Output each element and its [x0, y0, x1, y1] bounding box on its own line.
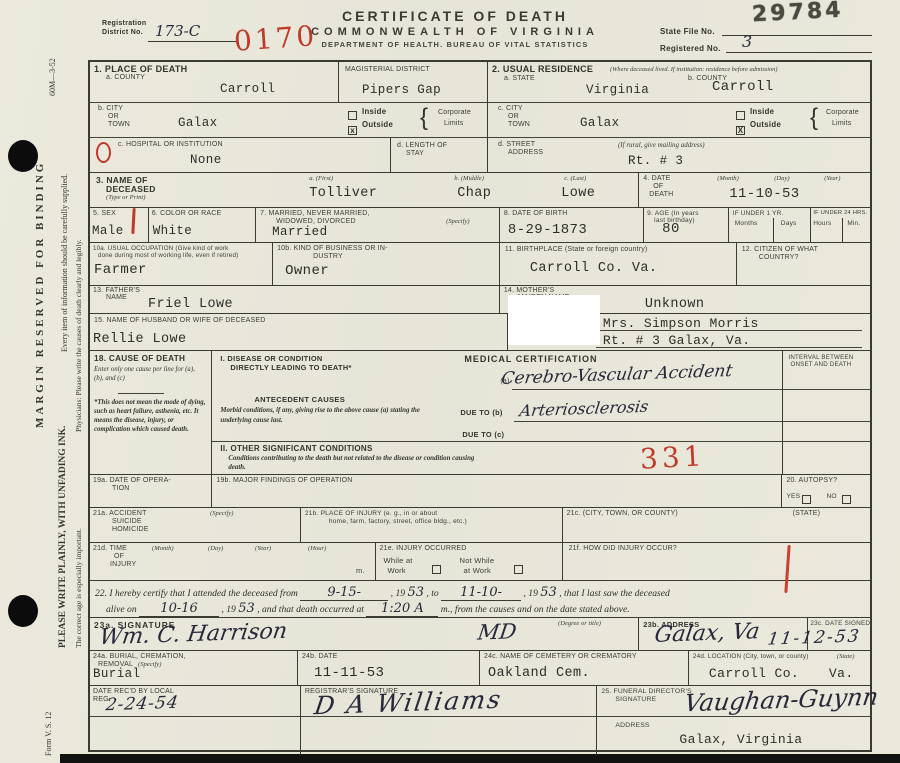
field-age: 9. AGE (In years last birthday) 80: [644, 208, 729, 242]
signature-baseline: [90, 716, 870, 717]
first-name-label: a. (First): [309, 175, 333, 182]
row-physician-signature: 23a. SIGNATURE (Degree or title) Wm. C. …: [90, 617, 870, 650]
street-address-value: Rt. # 3: [628, 154, 683, 168]
divider: [488, 102, 870, 103]
brace-glyph: {: [810, 104, 818, 132]
divider: [90, 137, 487, 138]
hospital-label: c. HOSPITAL OR INSTITUTION: [118, 141, 223, 149]
form-grid: 1. PLACE OF DEATH a. COUNTY Carroll MAGI…: [88, 60, 872, 752]
middle-name-value: Chap: [457, 186, 491, 201]
state-file-label: State File No.: [660, 27, 715, 36]
autopsy-no-checkbox: [842, 495, 851, 504]
print-code: 60M—3-52: [48, 58, 57, 96]
spouse-name-value: Rellie Lowe: [93, 332, 187, 347]
mother-name-value: Unknown: [645, 297, 705, 312]
cause-of-death-body: MEDICAL CERTIFICATION I. DISEASE OR COND…: [212, 351, 782, 474]
registrar-signature-value: D A Williams: [312, 685, 504, 720]
father-name-value: Friel Lowe: [148, 297, 233, 312]
field-occupation: 10a. USUAL OCCUPATION (Give kind of work…: [90, 243, 273, 285]
date-signed-value: 11-12-53: [766, 626, 862, 649]
row-time-of-injury: 21d. TIME OF INJURY (Month) (Day) (Year)…: [90, 542, 870, 580]
field-date-of-birth: 8. DATE OF BIRTH 8-29-1873: [500, 208, 644, 242]
form-number: Form V. S. 12: [44, 712, 53, 756]
not-while-at-work-checkbox: [514, 565, 523, 574]
magisterial-district-label: MAGISTERIAL DISTRICT: [345, 66, 430, 74]
field-how-injury-occurred: 21f. HOW DID INJURY OCCUR?: [563, 543, 870, 580]
field-place-of-injury: 21b. PLACE OF INJURY (e. g., in or about…: [301, 508, 563, 542]
inside-label: Inside: [750, 107, 774, 116]
cause-a-value: Cerebro-Vascular Accident: [500, 361, 734, 389]
medical-certification-title: MEDICAL CERTIFICATION: [464, 354, 597, 364]
outside-checkmark: x: [350, 126, 354, 135]
residence-state-value: Virginia: [586, 83, 649, 97]
cause-a-line: [512, 389, 782, 390]
divider: [488, 137, 870, 138]
while-at-work-checkbox: [432, 565, 441, 574]
cause-note-2: *This does not mean the mode of dying, s…: [94, 399, 208, 435]
punch-hole-top: [8, 140, 38, 172]
margin-supplied-text: Every item of information should be care…: [60, 174, 69, 352]
cause-b-value: Arteriosclerosis: [519, 397, 650, 420]
scan-edge: [60, 754, 900, 763]
morbid-note: Morbid conditions, if any, giving rise t…: [220, 406, 452, 425]
burial-type-value: Burial: [93, 667, 140, 681]
attended-to-year: 53: [540, 585, 557, 600]
field-burial-date: 24b. DATE 11-11-53: [298, 651, 480, 685]
place-county-label: a. COUNTY: [106, 74, 145, 82]
registration-label-1: Registration: [102, 20, 146, 27]
last-name-value: Lowe: [561, 186, 595, 201]
last-name-label: c. (Last): [564, 175, 586, 182]
row-spouse-informant: 15. NAME OF HUSBAND OR WIFE OF DECEASED …: [90, 313, 870, 350]
margin-legibly-text: Physicians: Please write the causes of d…: [74, 239, 83, 432]
red-zero-mark: [96, 142, 111, 163]
row-burial: 24a. BURIAL, CREMATION, REMOVAL (Specify…: [90, 650, 870, 685]
residence-county-value: Carroll: [712, 79, 774, 95]
corporate-limits-label: Corporate: [826, 109, 859, 117]
magisterial-district-value: Pipers Gap: [362, 83, 441, 97]
outside-checkbox: X: [736, 126, 745, 135]
funeral-director-address: Galax, Virginia: [679, 732, 802, 747]
field-funeral-director: 25. FUNERAL DIRECTOR'S SIGNATURE Vaughan…: [597, 686, 870, 754]
field-business-industry: 10b. KIND OF BUSINESS OR IN- DUSTRY Owne…: [273, 243, 500, 285]
field-under-24-hrs: IF UNDER 24 HRS. Hours Min.: [811, 208, 870, 242]
race-value: White: [153, 224, 193, 238]
field-cemetery: 24c. NAME OF CEMETERY OR CREMATORY Oakla…: [480, 651, 689, 685]
burial-date-value: 11-11-53: [314, 665, 384, 681]
field-burial-type: 24a. BURIAL, CREMATION, REMOVAL (Specify…: [90, 651, 298, 685]
usual-residence-title: 2. USUAL RESIDENCE: [492, 64, 593, 74]
field-injury-city-state: 21c. (CITY, TOWN, OR COUNTY) (STATE): [563, 508, 870, 542]
other-conditions-note: Conditions contributing to the death but…: [228, 454, 478, 473]
field-burial-location: 24d. LOCATION (City, town, or county) (S…: [689, 651, 870, 685]
last-seen-year: 53: [238, 601, 255, 616]
row-accident: 21a. ACCIDENT SUICIDE HOMICIDE (Specify)…: [90, 507, 870, 542]
field-under-1-yr: IF UNDER 1 YR. Months Days: [729, 208, 812, 242]
residence-city-value: Galax: [580, 116, 620, 130]
date-received-value: 2-24-54: [104, 693, 180, 716]
row-operation-autopsy: 19a. DATE OF OPERA- TION 19b. MAJOR FIND…: [90, 474, 870, 507]
date-of-birth-value: 8-29-1873: [508, 222, 587, 238]
brace-glyph: {: [420, 104, 428, 132]
registration-district-value: 173-C: [155, 22, 200, 40]
usual-residence-note: (Where deceased lived. If institution: r…: [610, 66, 778, 73]
divider: [390, 137, 391, 172]
margin-plainly-text: PLEASE WRITE PLAINLY, WITH UNFADING INK.: [58, 426, 68, 648]
field-citizen: 12. CITIZEN OF WHAT COUNTRY?: [737, 243, 870, 285]
field-sex: 5. SEX Male: [90, 208, 149, 242]
autopsy-yes-checkbox: [802, 495, 811, 504]
age-value: 80: [662, 221, 680, 237]
department-title: DEPARTMENT OF HEALTH. BUREAU OF VITAL ST…: [290, 40, 620, 49]
field-time-of-injury: 21d. TIME OF INJURY (Month) (Day) (Year)…: [90, 543, 376, 580]
outside-label: Outside: [362, 120, 393, 129]
cause-c-label: DUE TO (c): [462, 430, 504, 439]
physician-address-value: Galax, Va: [653, 619, 761, 648]
death-time-value: 1:20 A: [381, 601, 424, 616]
divider: [338, 62, 339, 102]
field-date-of-death: 4. DATE OF DEATH (Month) (Day) (Year) 11…: [639, 173, 870, 207]
divider: [783, 389, 870, 390]
field-major-findings: 19b. MAJOR FINDINGS OF OPERATION: [212, 475, 782, 507]
row-parents: 13. FATHER'S NAME Friel Lowe 14. MOTHER'…: [90, 285, 870, 313]
title-block: CERTIFICATE OF DEATH COMMONWEALTH OF VIR…: [290, 8, 620, 49]
row-place-residence: 1. PLACE OF DEATH a. COUNTY Carroll MAGI…: [90, 62, 870, 172]
interval-column: INTERVAL BETWEEN ONSET AND DEATH: [782, 351, 870, 474]
certificate-title: CERTIFICATE OF DEATH: [290, 8, 620, 24]
informant-signature-value: Mrs. Simpson Morris: [603, 316, 759, 331]
divider: [783, 441, 870, 442]
field-birthplace: 11. BIRTHPLACE (State or foreign country…: [500, 243, 737, 285]
cause-b-label: DUE TO (b): [460, 408, 502, 417]
row-registrar-director: DATE REC'D BY LOCAL REG. 2-24-54 REGISTR…: [90, 685, 870, 754]
section-place-of-death: 1. PLACE OF DEATH a. COUNTY Carroll MAGI…: [90, 62, 488, 172]
field-registrar-signature: REGISTRAR'S SIGNATURE D A Williams: [301, 686, 597, 754]
row-cause-of-death: 18. CAUSE OF DEATH Enter only one cause …: [90, 350, 870, 474]
cemetery-value: Oakland Cem.: [488, 666, 590, 681]
field-physician-signature: 23a. SIGNATURE (Degree or title) Wm. C. …: [90, 618, 639, 650]
funeral-director-signature: Vaughan-Guynn: [683, 683, 881, 718]
row-name-deceased: 3. NAME OF DECEASED (Type or Print) a. (…: [90, 172, 870, 207]
certification-statement: 22. I hereby certify that I attended the…: [90, 581, 870, 617]
outside-checkmark: X: [738, 126, 743, 135]
field-name-values: a. (First) Tolliver b. (Middle) Chap c. …: [239, 173, 639, 207]
occupation-value: Farmer: [94, 262, 147, 278]
field-date-of-operation: 19a. DATE OF OPERA- TION: [90, 475, 212, 507]
residence-state-label: a. STATE: [504, 75, 535, 83]
date-of-death-value: 11-10-53: [729, 186, 799, 202]
field-marital-status: 7. MARRIED, NEVER MARRIED, WIDOWED, DIVO…: [256, 208, 500, 242]
registered-no-label: Registered No.: [660, 44, 721, 53]
sex-value: Male: [92, 224, 124, 238]
field-date-received: DATE REC'D BY LOCAL REG. 2-24-54: [90, 686, 301, 754]
cause-note-1: Enter only one cause per line for (a), (…: [94, 366, 206, 384]
physician-signature-value: Wm. C. Harrison: [98, 619, 289, 650]
field-accident-suicide-homicide: 21a. ACCIDENT SUICIDE HOMICIDE (Specify): [90, 508, 301, 542]
state-file-stamp: 29784: [751, 0, 844, 27]
certify-text: 22. I hereby certify that I attended the…: [95, 588, 298, 599]
burial-location-value: Carroll Co.: [709, 666, 799, 681]
row-certification: 22. I hereby certify that I attended the…: [90, 580, 870, 617]
marital-status-value: Married: [272, 225, 327, 239]
registration-label-2: District No.: [102, 29, 143, 36]
field-father-name: 13. FATHER'S NAME Friel Lowe: [90, 286, 500, 313]
attended-from-year: 53: [407, 585, 424, 600]
registered-no-value: 3: [742, 32, 752, 51]
outside-checkbox: x: [348, 126, 357, 135]
informant-address-value: Rt. # 3 Galax, Va.: [603, 333, 751, 348]
margin-binding-text: MARGIN RESERVED FOR BINDING: [34, 161, 46, 428]
inside-label: Inside: [362, 107, 386, 116]
attended-from-value: 9-15-: [327, 585, 361, 600]
street-address-note: (If rural, give mailing address): [618, 141, 705, 149]
field-spouse: 15. NAME OF HUSBAND OR WIFE OF DECEASED …: [90, 314, 508, 350]
field-autopsy: 20. AUTOPSY? YES NO: [782, 475, 870, 507]
field-name-label: 3. NAME OF DECEASED (Type or Print): [90, 173, 239, 207]
punch-hole-bottom: [8, 595, 38, 627]
cause-of-death-sidebar: 18. CAUSE OF DEATH Enter only one cause …: [90, 351, 212, 474]
last-seen-date: 10-16: [160, 601, 197, 616]
divider: [118, 393, 164, 394]
section-usual-residence: 2. USUAL RESIDENCE (Where deceased lived…: [488, 62, 870, 172]
first-name-value: Tolliver: [309, 186, 377, 201]
field-color-race: 6. COLOR OR RACE White: [149, 208, 256, 242]
row-sex-race-married: 5. SEX Male 6. COLOR OR RACE White 7. MA…: [90, 207, 870, 242]
commonwealth-title: COMMONWEALTH OF VIRGINIA: [290, 26, 620, 38]
birthplace-value: Carroll Co. Va.: [530, 261, 658, 276]
middle-name-label: b. (Middle): [454, 175, 484, 182]
alive-on-text: alive on: [106, 604, 137, 615]
cause-b-line: [514, 421, 782, 422]
place-of-death-title: 1. PLACE OF DEATH: [94, 64, 187, 74]
row-occupation-birthplace: 10a. USUAL OCCUPATION (Give kind of work…: [90, 242, 870, 285]
divider: [773, 218, 774, 243]
place-city-value: Galax: [178, 116, 218, 130]
industry-value: Owner: [285, 263, 329, 279]
divider: [90, 102, 487, 103]
attended-to-value: 11-10-: [460, 585, 502, 600]
divider: [842, 218, 843, 243]
physician-degree-value: MD: [476, 619, 518, 644]
divider: [783, 421, 870, 422]
field-injury-occurred: 21e. INJURY OCCURRED While at Work Not W…: [376, 543, 563, 580]
corporate-limits-label: Corporate: [438, 109, 471, 117]
place-county-value: Carroll: [220, 82, 275, 96]
outside-label: Outside: [750, 120, 781, 129]
red-code-331: 331: [640, 439, 707, 475]
redaction-box: [508, 295, 600, 345]
death-certificate-scan: 60M—3-52 MARGIN RESERVED FOR BINDING PLE…: [0, 0, 900, 763]
burial-state-value: Va.: [829, 666, 854, 681]
hospital-value: None: [190, 153, 222, 167]
margin-age-note: The correct age is especially important.: [74, 528, 83, 648]
